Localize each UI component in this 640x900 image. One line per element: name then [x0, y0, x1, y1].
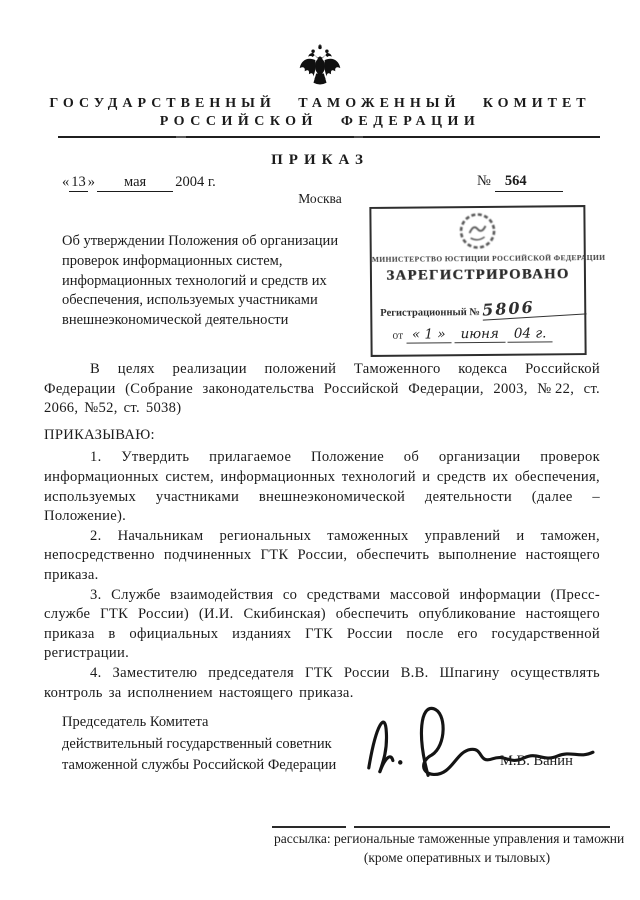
order-item-3: 3. Службе взаимодействия со средствами м…: [44, 586, 600, 664]
preamble-paragraph: В целях реализации положений Таможенного…: [44, 360, 600, 419]
stamp-date-month-handwritten: июня: [454, 326, 505, 343]
stamp-registration-date: от « 1 » июня 04 г.: [392, 325, 552, 343]
header-divider: [58, 136, 600, 138]
signer-position: Председатель Комитета действительный гос…: [62, 712, 336, 777]
order-item-2: 2. Начальникам региональных таможенных у…: [44, 527, 600, 586]
stamp-reg-number-handwritten: 5806: [482, 294, 587, 320]
stamp-date-prefix: от: [392, 330, 403, 342]
stamp-registered-label: ЗАРЕГИСТРИРОВАНО: [372, 266, 584, 285]
distribution-line1: рассылка: региональные таможенные управл…: [274, 831, 640, 847]
signer-name: М.В. Ванин: [500, 753, 573, 770]
footer-divider: [272, 826, 610, 828]
stamp-date-year-handwritten: 04 г.: [508, 325, 553, 342]
stamp-reg-label: Регистрационный №: [380, 307, 480, 319]
document-type-title: ПРИКАЗ: [0, 152, 640, 169]
signer-position-line2: действительный государственный советник: [62, 734, 336, 756]
stamp-seal-icon: [457, 211, 497, 251]
date-day: 13: [69, 174, 88, 192]
registration-stamp: МИНИСТЕРСТВО ЮСТИЦИИ РОССИЙСКОЙ ФЕДЕРАЦИ…: [369, 205, 586, 357]
order-word: ПРИКАЗЫВАЮ:: [44, 426, 600, 446]
date-month: мая: [97, 174, 173, 192]
number-value: 564: [495, 173, 563, 192]
order-item-1: 1. Утвердить прилагаемое Положение об ор…: [44, 448, 600, 526]
date-close-quote: »: [88, 174, 95, 190]
order-subject: Об утверждении Положения об организации …: [62, 232, 360, 331]
organization-name-line2: РОССИЙСКОЙ ФЕДЕРАЦИИ: [0, 114, 640, 130]
order-document-page: ГОСУДАРСТВЕННЫЙ ТАМОЖЕННЫЙ КОМИТЕТ РОССИ…: [0, 0, 640, 900]
distribution-line2: (кроме оперативных и тыловых): [274, 850, 640, 866]
coat-of-arms-icon: [297, 40, 343, 94]
organization-name-line1: ГОСУДАРСТВЕННЫЙ ТАМОЖЕННЫЙ КОМИТЕТ: [0, 96, 640, 112]
stamp-date-day-handwritten: « 1 »: [406, 326, 452, 343]
stamp-registration-number: Регистрационный № 5806: [380, 299, 586, 321]
order-date: «13»мая2004 г.: [62, 174, 216, 192]
order-number: №564: [477, 173, 563, 192]
order-body: В целях реализации положений Таможенного…: [44, 360, 600, 703]
signer-position-line3: таможенной службы Российской Федерации: [62, 755, 336, 777]
date-year: 2004 г.: [175, 174, 216, 190]
number-sign: №: [477, 173, 491, 189]
date-open-quote: «: [62, 174, 69, 190]
signer-position-line1: Председатель Комитета: [62, 712, 336, 734]
stamp-ministry-line: МИНИСТЕРСТВО ЮСТИЦИИ РОССИЙСКОЙ ФЕДЕРАЦИ…: [372, 253, 584, 264]
